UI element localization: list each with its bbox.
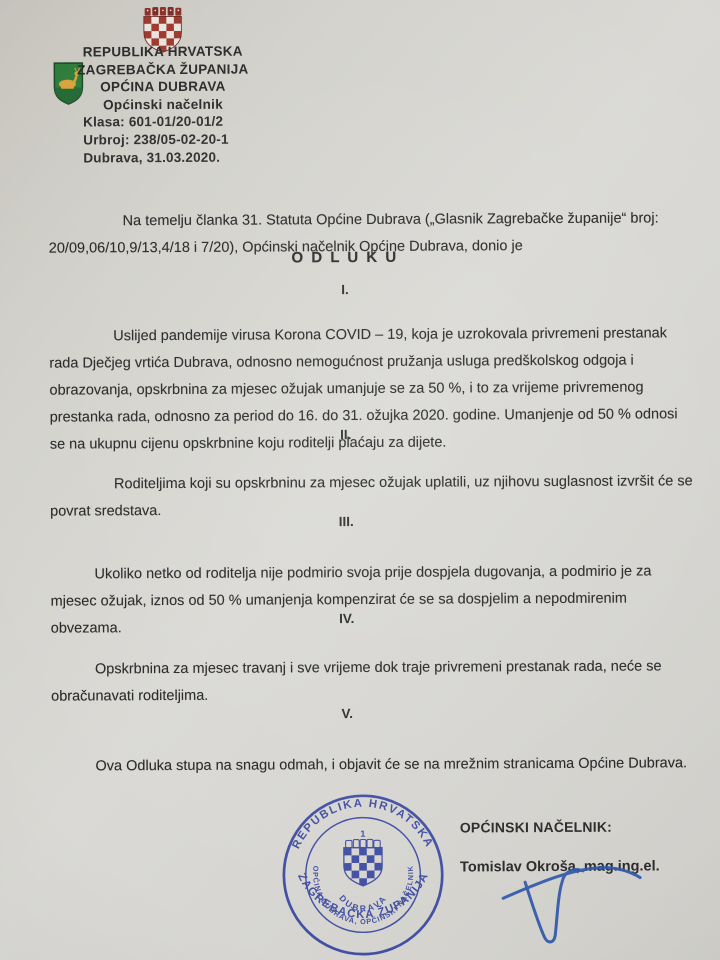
official-round-stamp: REPUBLIKA HRVATSKA - ZAGREBAČKA ŽUPANIJA… xyxy=(272,784,455,960)
section-numeral-1: I. xyxy=(0,280,691,299)
scanned-document: REPUBLIKA HRVATSKA ZAGREBAČKA ŽUPANIJA O… xyxy=(0,0,720,960)
meta-place-date: Dubrava, 31.03.2020. xyxy=(83,149,229,168)
handwritten-signature xyxy=(497,846,648,952)
document-meta: Klasa: 601-01/20-01/2 Urbroj: 238/05-02-… xyxy=(83,113,229,168)
stamp-inner-ring-text: OPĆINA DUBRAVA, OPĆINSKI NAČELNIK xyxy=(311,865,416,927)
section-text-5: Ova Odluka stupa na snagu odmah, i objav… xyxy=(51,750,696,780)
letterhead-country: REPUBLIKA HRVATSKA xyxy=(43,42,283,61)
stamp-number: 1 xyxy=(360,829,365,839)
letterhead: REPUBLIKA HRVATSKA ZAGREBAČKA ŽUPANIJA O… xyxy=(43,42,283,113)
letterhead-municipality: OPĆINA DUBRAVA xyxy=(43,77,283,96)
letterhead-county: ZAGREBAČKA ŽUPANIJA xyxy=(43,60,283,79)
section-text-3: Ukoliko netko od roditelja nije podmirio… xyxy=(50,558,695,642)
section-text-4: Opskrbnina za mjesec travanj i sve vrije… xyxy=(51,653,696,710)
stamp-coat-of-arms xyxy=(344,839,382,886)
svg-text:REPUBLIKA HRVATSKA: REPUBLIKA HRVATSKA xyxy=(290,797,435,851)
letterhead-office: Općinski načelnik xyxy=(43,95,283,114)
svg-text:OPĆINA DUBRAVA, OPĆINSKI NAČEL: OPĆINA DUBRAVA, OPĆINSKI NAČELNIK xyxy=(311,865,416,927)
meta-urbroj: Urbroj: 238/05-02-20-1 xyxy=(83,131,229,150)
paper-sheet: REPUBLIKA HRVATSKA ZAGREBAČKA ŽUPANIJA O… xyxy=(0,0,720,960)
stamp-outer-top-text: REPUBLIKA HRVATSKA xyxy=(290,797,435,851)
signatory-title: OPĆINSKI NAČELNIK: xyxy=(460,818,660,835)
document-title: O D L U K U xyxy=(0,247,691,268)
section-numeral-5: V. xyxy=(1,704,693,723)
meta-klasa: Klasa: 601-01/20-01/2 xyxy=(83,113,229,132)
section-numeral-3: III. xyxy=(0,512,692,531)
